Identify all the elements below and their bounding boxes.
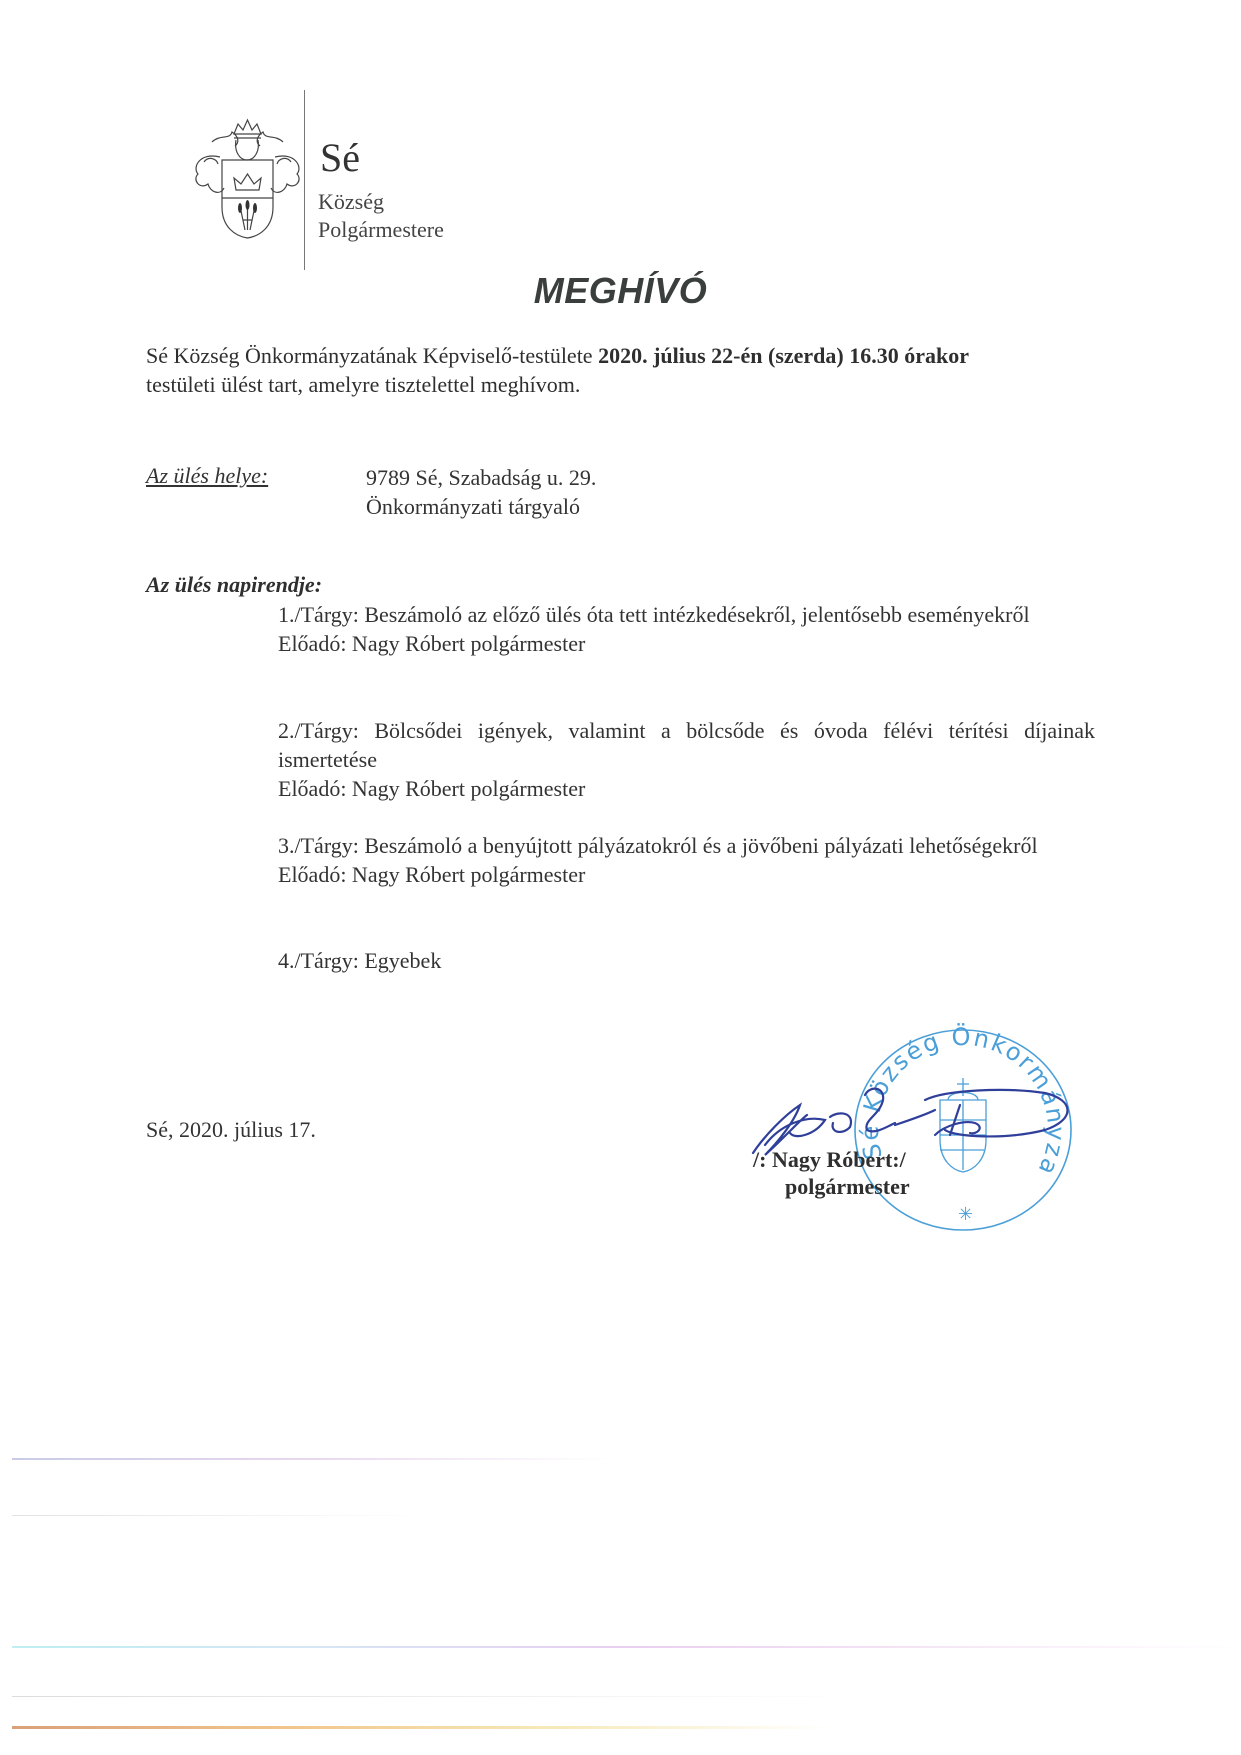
letterhead-line1: Község	[318, 188, 444, 216]
agenda-item: 4./Tárgy: Egyebek	[278, 946, 1095, 975]
signer-name: /: Nagy Róbert:/	[753, 1147, 906, 1173]
agenda-presenter: Előadó: Nagy Róbert polgármester	[278, 774, 1095, 803]
scan-artifact-line	[12, 1696, 862, 1697]
agenda-presenter: Előadó: Nagy Róbert polgármester	[278, 629, 1095, 658]
intro-paragraph: Sé Község Önkormányzatának Képviselő-tes…	[146, 341, 1096, 399]
scan-artifact-line	[12, 1458, 612, 1460]
document-title: MEGHÍVÓ	[0, 270, 1241, 312]
scan-artifact-line	[12, 1515, 432, 1516]
scan-artifact-line	[12, 1646, 1237, 1648]
venue-room: Önkormányzati tárgyaló	[366, 492, 596, 521]
venue-label: Az ülés helye:	[146, 463, 268, 489]
meeting-datetime: 2020. július 22-én (szerda) 16.30 órakor	[598, 343, 969, 368]
venue-address: 9789 Sé, Szabadság u. 29.	[366, 463, 596, 492]
document-date: Sé, 2020. július 17.	[146, 1117, 316, 1143]
agenda-item: 1./Tárgy: Beszámoló az előző ülés óta te…	[278, 600, 1095, 658]
signer-role: polgármester	[785, 1174, 910, 1200]
agenda-subject: 2./Tárgy: Bölcsődei igények, valamint a …	[278, 716, 1095, 774]
agenda-item: 2./Tárgy: Bölcsődei igények, valamint a …	[278, 716, 1095, 803]
coat-of-arms-icon	[190, 112, 305, 242]
agenda-subject: 3./Tárgy: Beszámoló a benyújtott pályáza…	[278, 831, 1095, 860]
agenda-subject: 1./Tárgy: Beszámoló az előző ülés óta te…	[278, 600, 1095, 629]
scan-artifact-line	[12, 1726, 832, 1729]
letterhead-line2: Polgármestere	[318, 216, 444, 244]
intro-text: Sé Község Önkormányzatának Képviselő-tes…	[146, 343, 598, 368]
svg-text:✳: ✳	[958, 1204, 973, 1225]
letterhead-subtitle: Község Polgármestere	[318, 188, 444, 244]
town-name: Sé	[320, 138, 360, 178]
agenda-item: 3./Tárgy: Beszámoló a benyújtott pályáza…	[278, 831, 1095, 889]
agenda-label: Az ülés napirendje:	[146, 572, 322, 598]
agenda-presenter: Előadó: Nagy Róbert polgármester	[278, 860, 1095, 889]
agenda-subject: 4./Tárgy: Egyebek	[278, 946, 1095, 975]
venue-value: 9789 Sé, Szabadság u. 29. Önkormányzati …	[366, 463, 596, 521]
letterhead-divider	[304, 90, 305, 270]
intro-text-cont: testületi ülést tart, amelyre tisztelett…	[146, 372, 580, 397]
